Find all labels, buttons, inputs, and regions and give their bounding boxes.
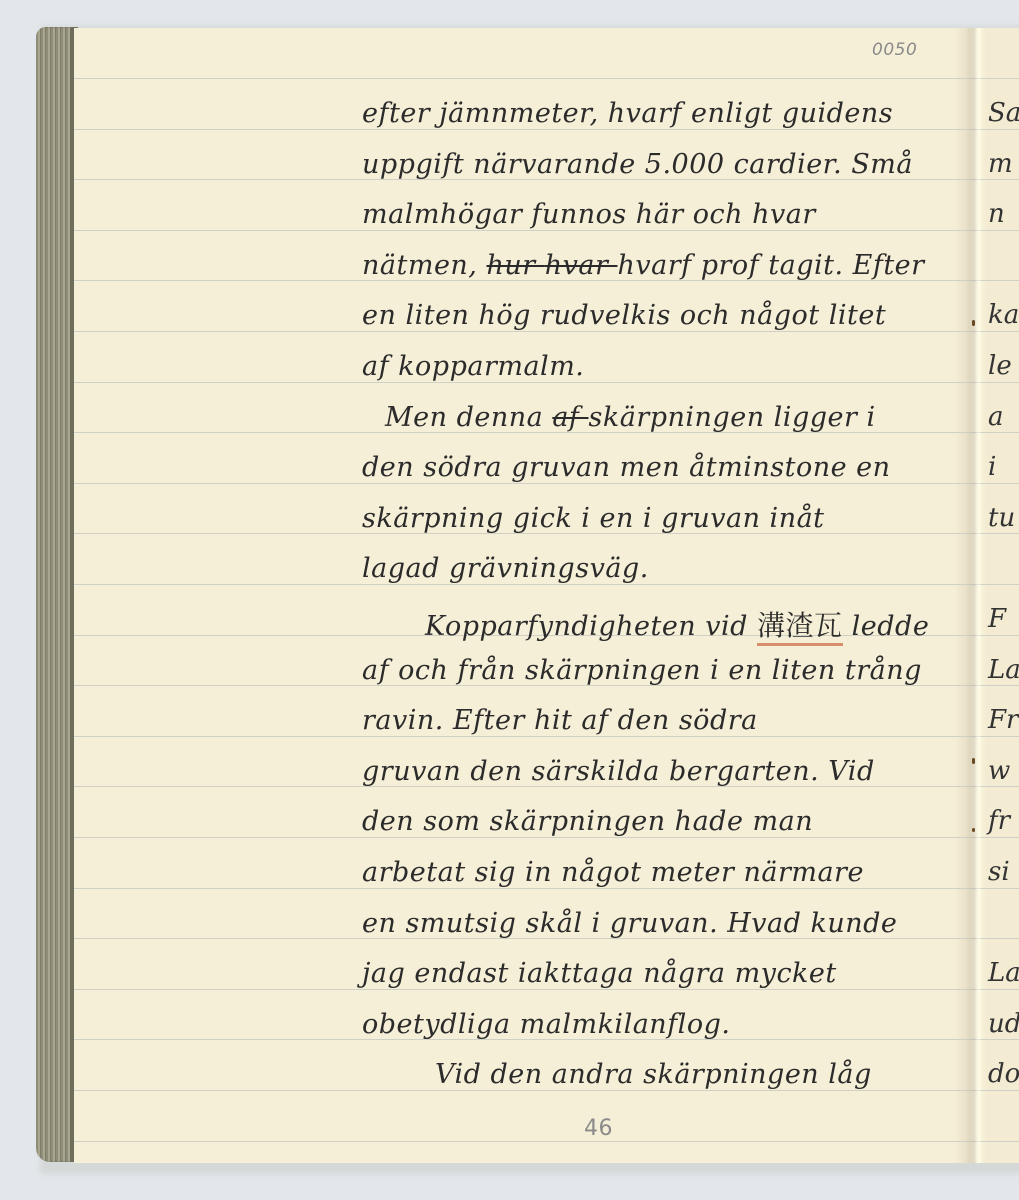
- handwritten-line: Men denna af skärpningen ligger i: [385, 402, 876, 433]
- right-page-fragment: La: [988, 958, 1019, 988]
- handwritten-line: arbetat sig in något meter närmare: [362, 857, 864, 888]
- right-page-fragment: n: [988, 199, 1005, 229]
- right-page-fragment: Fr: [988, 705, 1018, 735]
- right-page-fragment: ud: [988, 1009, 1019, 1039]
- right-page-fragment: ka: [988, 300, 1019, 330]
- archive-number: 0050: [872, 40, 917, 60]
- handwritten-line: den södra gruvan men åtminstone en: [362, 452, 891, 483]
- handwritten-line: Kopparfyndigheten vid 溝渣瓦 ledde: [425, 604, 929, 644]
- handwritten-line: en liten hög rudvelkis och något litet: [362, 300, 886, 331]
- handwritten-line: af och från skärpningen i en liten trång: [362, 655, 922, 686]
- struck-word: hur: [486, 250, 544, 281]
- handwritten-line: nätmen, hur hvar hvarf prof tagit. Efter: [362, 250, 925, 281]
- right-page-fragment: le: [988, 351, 1012, 381]
- right-page-fragment: F: [988, 604, 1006, 634]
- handwritten-line: ravin. Efter hit af den södra: [362, 705, 758, 736]
- book-gutter: [966, 28, 982, 1163]
- ruled-line: [74, 78, 1019, 79]
- handwritten-line: jag endast iakttaga några mycket: [362, 958, 837, 989]
- ink-speck: [972, 828, 975, 832]
- handwritten-line: uppgift närvarande 5.000 cardier. Små: [362, 149, 913, 180]
- ink-speck: [972, 320, 975, 326]
- handwritten-line: den som skärpningen hade man: [362, 806, 813, 837]
- right-page-fragment: w: [988, 756, 1010, 786]
- handwritten-line: efter jämnmeter, hvarf enligt guidens: [362, 98, 893, 129]
- handwritten-line: skärpning gick i en i gruvan inåt: [362, 503, 825, 534]
- notebook-page-edges: [36, 27, 78, 1162]
- handwritten-line: Vid den andra skärpningen låg: [435, 1059, 872, 1090]
- handwritten-line: lagad grävningsväg.: [362, 553, 649, 584]
- right-page-fragment: fr: [988, 806, 1010, 836]
- right-page-fragment: m: [988, 149, 1013, 179]
- chinese-place-name: 溝渣瓦: [757, 609, 843, 646]
- struck-word: hvar: [545, 250, 618, 281]
- page-number: 46: [584, 1116, 613, 1141]
- right-page-fragment: Sa: [988, 98, 1019, 128]
- right-page-fragment: tu: [988, 503, 1015, 533]
- right-page-fragment: do: [988, 1059, 1019, 1089]
- right-page-fragment: La: [988, 655, 1019, 685]
- ink-speck: [972, 758, 975, 764]
- right-page-fragment: i: [988, 452, 996, 482]
- struck-word: af: [552, 402, 588, 433]
- right-page-fragment: a: [988, 402, 1004, 432]
- handwritten-line: obetydliga malmkilanflog.: [362, 1009, 730, 1040]
- right-page-fragment: si: [988, 857, 1010, 887]
- handwritten-line: af kopparmalm.: [362, 351, 584, 382]
- handwritten-line: en smutsig skål i gruvan. Hvad kunde: [362, 908, 897, 939]
- handwritten-line: malmhögar funnos här och hvar: [362, 199, 816, 230]
- ruled-line: [74, 1141, 1019, 1142]
- handwritten-line: gruvan den särskilda bergarten. Vid: [362, 756, 875, 787]
